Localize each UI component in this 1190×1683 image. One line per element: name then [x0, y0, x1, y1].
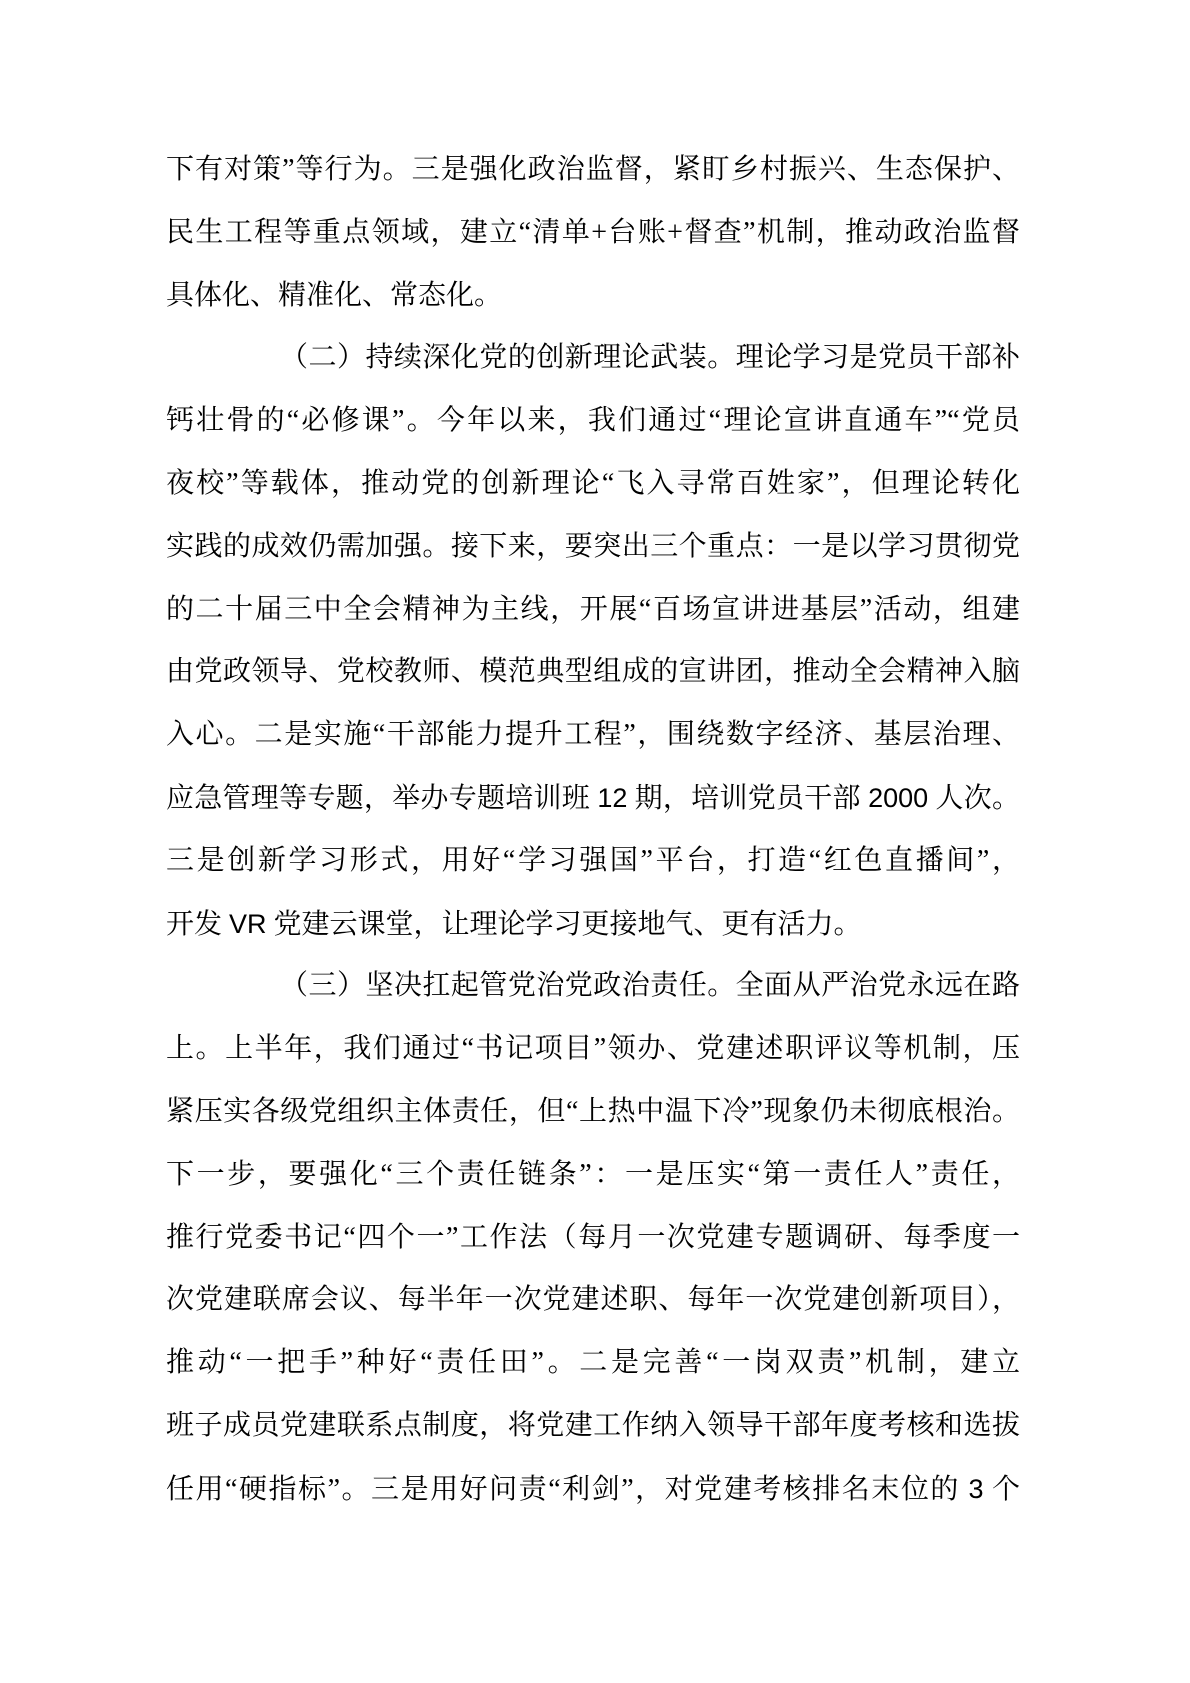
text-line: 的二十届三中全会精神为主线，开展“百场宣讲进基层”活动，组建 — [166, 579, 1020, 642]
text-line: 具体化、精准化、常态化。 — [166, 265, 1020, 328]
text-line: 夜校”等载体，推动党的创新理论“飞入寻常百姓家”，但理论转化 — [166, 453, 1020, 516]
text-line: 推行党委书记“四个一”工作法（每月一次党建专题调研、每季度一 — [166, 1207, 1020, 1270]
text-line: 任用“硬指标”。三是用好问责“利剑”，对党建考核排名末位的 3 个 — [166, 1458, 1020, 1521]
text-line: 入心。二是实施“干部能力提升工程”，围绕数字经济、基层治理、 — [166, 704, 1020, 767]
text-line: 应急管理等专题，举办专题培训班 12 期，培训党员干部 2000 人次。 — [166, 767, 1020, 830]
latin-text: 2000 — [868, 783, 928, 813]
text-line: 下一步，要强化“三个责任链条”：一是压实“第一责任人”责任， — [166, 1144, 1020, 1207]
text-line: 钙壮骨的“必修课”。今年以来，我们通过“理论宣讲直通车”“党员 — [166, 390, 1020, 453]
latin-text: 3 — [968, 1474, 983, 1504]
text-line: 上。上半年，我们通过“书记项目”领办、党建述职评议等机制，压 — [166, 1018, 1020, 1081]
document-body: 下有对策”等行为。三是强化政治监督，紧盯乡村振兴、生态保护、民生工程等重点领域，… — [166, 139, 1020, 1521]
text-line: 班子成员党建联系点制度，将党建工作纳入领导干部年度考核和选拔 — [166, 1395, 1020, 1458]
text-line: 开发 VR 党建云课堂，让理论学习更接地气、更有活力。 — [166, 893, 1020, 956]
latin-text: VR — [229, 909, 267, 939]
text-line: 推动“一把手”种好“责任田”。二是完善“一岗双责”机制，建立 — [166, 1332, 1020, 1395]
text-line: （二）持续深化党的创新理论武装。理论学习是党员干部补 — [166, 327, 1020, 390]
latin-text: 12 — [597, 783, 627, 813]
text-line: 下有对策”等行为。三是强化政治监督，紧盯乡村振兴、生态保护、 — [166, 139, 1020, 202]
text-line: 三是创新学习形式，用好“学习强国”平台，打造“红色直播间”， — [166, 830, 1020, 893]
text-line: 由党政领导、党校教师、模范典型组成的宣讲团，推动全会精神入脑 — [166, 641, 1020, 704]
text-line: 实践的成效仍需加强。接下来，要突出三个重点：一是以学习贯彻党 — [166, 516, 1020, 579]
text-line: （三）坚决扛起管党治党政治责任。全面从严治党永远在路 — [166, 955, 1020, 1018]
text-line: 民生工程等重点领域，建立“清单+台账+督查”机制，推动政治监督 — [166, 202, 1020, 265]
document-page: 下有对策”等行为。三是强化政治监督，紧盯乡村振兴、生态保护、民生工程等重点领域，… — [0, 0, 1190, 1683]
text-line: 次党建联席会议、每半年一次党建述职、每年一次党建创新项目）， — [166, 1269, 1020, 1332]
text-line: 紧压实各级党组织主体责任，但“上热中温下冷”现象仍未彻底根治。 — [166, 1081, 1020, 1144]
